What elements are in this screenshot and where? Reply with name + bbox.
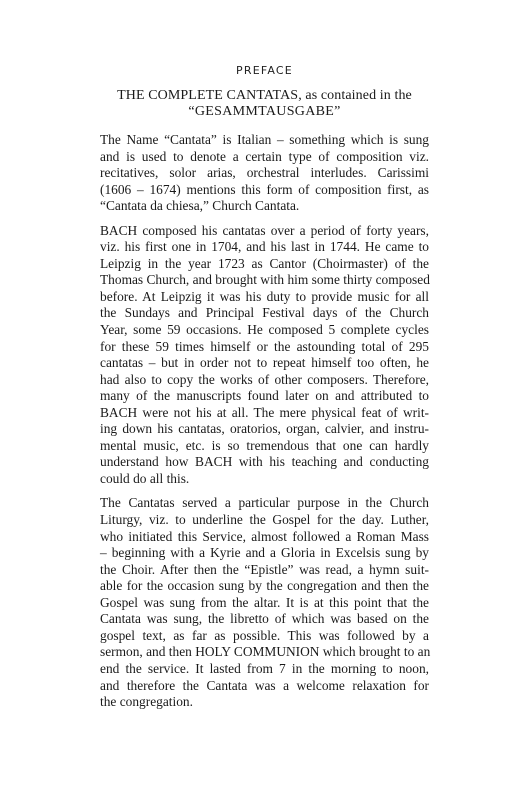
text-line: Liturgy, viz. to underline the Gospel fo… [100, 512, 429, 529]
text-line: Leipzig in the year 1723 as Cantor (Choi… [100, 256, 429, 273]
text-line: The Name “Cantata” is Italian – somethin… [100, 132, 429, 149]
text-line: cantatas – but in order not to repeat hi… [100, 355, 429, 372]
paragraph-cantata-definition: The Name “Cantata” is Italian – somethin… [100, 132, 429, 215]
text-line: many of the manuscripts found later on a… [100, 388, 429, 405]
text-line: recitatives, solor arias, orchestral int… [100, 165, 429, 182]
text-line: the Choir. After then the “Epistle” was … [100, 562, 429, 579]
text-line: had also to copy the works of other comp… [100, 372, 429, 389]
text-line: Year, some 59 occasions. He composed 5 c… [100, 322, 429, 339]
text-line: gospel text, as far as possible. This wa… [100, 628, 429, 645]
text-line: could do all this. [100, 471, 429, 488]
text-line: BACH composed his cantatas over a period… [100, 223, 429, 240]
document-page: PREFACE THE COMPLETE CANTATAS, as contai… [100, 64, 429, 719]
text-line: the Sundays and Principal Festival days … [100, 305, 429, 322]
preface-heading: PREFACE [100, 64, 429, 78]
text-line: Thomas Church, and brought with him some… [100, 272, 429, 289]
text-line: (1606 – 1674) mentions this form of comp… [100, 182, 429, 199]
text-line: for these 59 times himself or the astoun… [100, 339, 429, 356]
text-line: and therefore the Cantata was a welcome … [100, 678, 429, 695]
text-line: understand how BACH with his teaching an… [100, 454, 429, 471]
text-line: BACH were not his at all. The mere physi… [100, 405, 429, 422]
text-line: before. At Leipzig it was his duty to pr… [100, 289, 429, 306]
text-line: ing down his cantatas, oratorios, organ,… [100, 421, 429, 438]
text-line: – beginning with a Kyrie and a Gloria in… [100, 545, 429, 562]
document-title: THE COMPLETE CANTATAS, as contained in t… [100, 88, 429, 120]
text-line: sermon, and then HOLY COMMUNION which br… [100, 644, 429, 661]
text-line: end the service. It lasted from 7 in the… [100, 661, 429, 678]
text-line: Gospel was sung from the altar. It is at… [100, 595, 429, 612]
text-line: viz. his first one in 1704, and his last… [100, 239, 429, 256]
text-line: Cantata was sung, the libretto of which … [100, 611, 429, 628]
paragraph-bach-compositions: BACH composed his cantatas over a period… [100, 223, 429, 488]
title-line-1: THE COMPLETE CANTATAS, as contained in t… [117, 88, 412, 103]
text-line: and is used to denote a certain type of … [100, 149, 429, 166]
text-line: able for the occasion sung by the congre… [100, 578, 429, 595]
text-line: the congregation. [100, 694, 429, 711]
paragraph-church-liturgy: The Cantatas served a particular purpose… [100, 495, 429, 710]
text-line: who initiated this Service, almost follo… [100, 529, 429, 546]
text-line: “Cantata da chiesa,” Church Cantata. [100, 198, 429, 215]
text-line: The Cantatas served a particular purpose… [100, 495, 429, 512]
text-line: mental music, etc. is so tremendous that… [100, 438, 429, 455]
title-line-2: “GESAMMTAUSGABE” [100, 104, 429, 120]
